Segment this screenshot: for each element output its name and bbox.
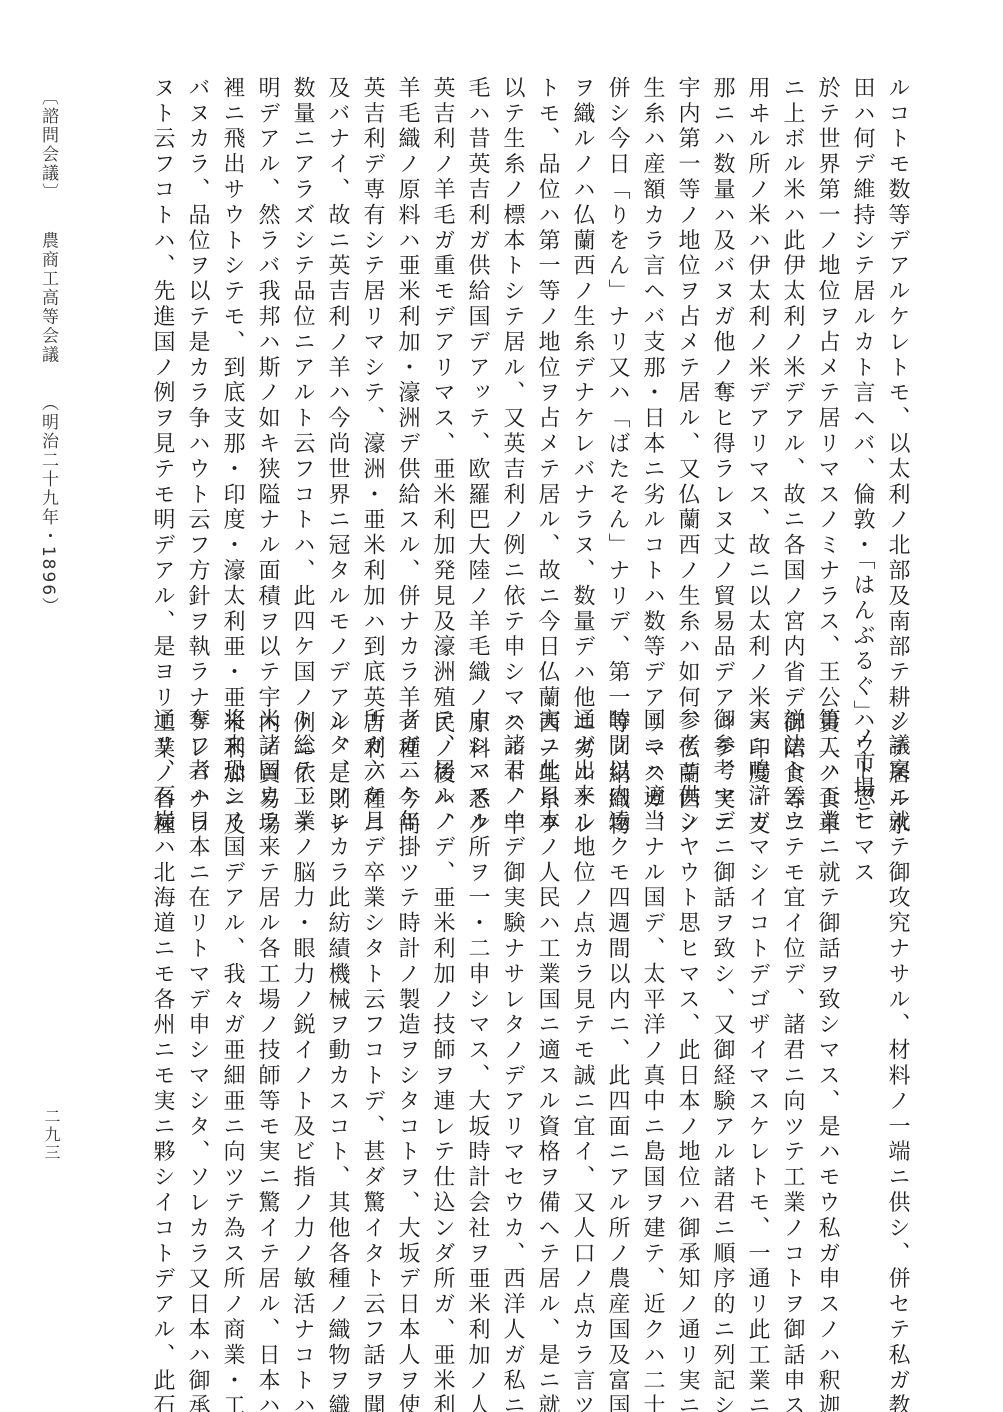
text-column: 米諸国カラ来テ居ル各工場ノ技師等モ実ニ驚イテ居ル、日本ハ実ニ (250, 708, 285, 1288)
text-column: 以テ生糸ノ標本トシテ居ル、又英吉利ノ例ニ依テ申シマスルト、羊 (495, 76, 530, 656)
text-column: 於テ世界第一ノ地位ヲ占メテ居リマスノミナラス、王公貴人ノ食卓 (810, 76, 845, 656)
text-column: トモ、品位ハ第一等ノ地位ヲ占メテ居ル、故ニ今日仏蘭西ノ生糸ヲ (530, 76, 565, 656)
header-title: 農商工高等会議 (38, 231, 58, 364)
text-column: 英吉利デ専有シテ居リマシテ、濠洲・亜米利加ハ到底英吉利ノ種ニ (355, 76, 390, 656)
text-column: 通ガ出来ル地位ノ点カラ見テモ誠ニ宜イ、又人口ノ点カラ言ツテモ (565, 708, 600, 1288)
text-column: 宇内第一等ノ地位ヲ占メテ居ル、又仏蘭西ノ生糸ハ如何、仏蘭西ノ (670, 76, 705, 656)
text-column: 那ニハ数量ハ及バヌガ他ノ奪ヒ得ラレヌ丈ノ貿易品デアッテ、実ニ (705, 76, 740, 656)
text-column: バヌカラ、品位ヲ以テ是カラ争ハウト云フ方針ヲ執ラナケレバナラ (180, 76, 215, 656)
text-column: 所ガ六ケ月デ卒業シタト云フコトデ、甚ダ驚イタト云フ話ヲ聞キマ (355, 708, 390, 1288)
text-column: 及バナイ、故ニ英吉利ノ羊ハ今尚世界ニ冠タルモノデアル、是則チ (320, 76, 355, 656)
text-column: 第二ハ工業ニ就テ御話ヲ致シマス、是ハモウ私ガ申スノハ釈迦前ノ (810, 708, 845, 1288)
body-text-lower: ノ議案ニ就テ御攻究ナサル、材料ノ一端ニ供シ、併セテ私ガ教ヲ請 ハウト思ヒマス 第… (145, 708, 915, 1288)
body-text-upper: ルコトモ数等デアルケレトモ、以太利ノ北部及南部テ耕シテ居ル水 田ハ何デ維持シテ居… (145, 76, 915, 656)
text-column: ヲ織ルノハ仏蘭西ノ生糸デナケレバナラヌ、数量デハ他ニ劣ルケレ (565, 76, 600, 656)
text-column: ト総テ工業ノ脳力・眼力ノ鋭イノト及ビ指ノ力ノ敏活ナコトハ、欧 (285, 708, 320, 1288)
text-column: 田ハ何デ維持シテ居ルカト言ヘバ、倫敦・「はんぶるぐ」ノ市場ニ (845, 76, 880, 656)
margin-header: 〔諮問会議〕 農商工高等会議 （明治二十九年・1896） (36, 88, 61, 616)
text-column: テ、居ルノデ、亜米利加ノ技師ヲ連レテ仕込ンダ所ガ、亜米利加ノ (425, 708, 460, 1288)
text-column: ニ上ボル米ハ此伊太利ノ米デアル、故ニ各国ノ宮内省デ御陪食等ニ (775, 76, 810, 656)
header-date: （明治二十九年・1896） (38, 394, 58, 616)
text-column: 実ニ此日本ノ人民ハ工業国ニ適スル資格ヲ備ヘテ居ル、是ニ就テ或 (530, 708, 565, 1288)
text-column: 御参考マデニ御話ヲ致シ、又御経験アル諸君ニ順序的ニ列記シテ御 (705, 708, 740, 1288)
text-column: 国ニハ適当ナル国デ、太平洋ノ真中ニ島国ヲ建テ、近クハ二十四 (635, 708, 670, 1288)
text-column: 毛ハ昔英吉利ガ供給国デアッテ、欧羅巴大陸ノ羊毛織ノ原料ハ悉ク (460, 76, 495, 656)
text-column: ハ諸君ノ中デ御実験ナサレタノデアリマセウカ、西洋人ガ私ニ度々 (495, 708, 530, 1288)
text-column: ハウト思ヒマス (845, 708, 880, 1288)
text-column: 英吉利ノ羊毛ガ重モデアリマス、亜米利加発見及濠洲殖民ノ後ハ、 (425, 76, 460, 656)
text-column: 将来恐シイ国デアル、我々ガ亜細亜ニ向ツテ為ス所ノ商業・工業ヲ (215, 708, 250, 1288)
text-column: 者ガ二ケ年掛ツテ時計ノ製造ヲシタコトヲ、大坂デ日本人ヲ使ツタ (390, 708, 425, 1288)
text-column: ルコトモ数等デアルケレトモ、以太利ノ北部及南部テ耕シテ居ル水 (880, 76, 915, 656)
text-column: 時間以内遠クモ四週間以内ニ、此四面ニアル所ノ農産国及富国ニ交 (600, 708, 635, 1288)
text-column: 羊毛織ノ原料ハ亜米利加・濠洲デ供給スル、併ナカラ羊ノ種ハ今尚 (390, 76, 425, 656)
text-column: 併シ今日「りをん」ナリ又ハ「ばたそん」ナリデ、第一等ノ絹織物 (600, 76, 635, 656)
text-column: シタ、ソレカラ此紡績機械ヲ動カスコト、其他各種ノ織物ヲ織ルコ (320, 708, 355, 1288)
text-column: ヌト云フコトハ、先進国ノ例ヲ見テモ明デアル、是ヨリ工業ノ各種 (145, 76, 180, 656)
text-column: 説法ト云ウテモ宜イ位デ、諸君ニ向ツテ工業ノコトヲ御話申スノハ (775, 708, 810, 1288)
text-column: 実ニ鳴滸ガマシイコトデゴザイマスケレトモ、一通リ此工業ニ就テ (740, 708, 775, 1288)
text-column: 申シマスル所ヲ一・二申シマス、大坂時計会社ヲ亜米利加ノ人ガ建 (460, 708, 495, 1288)
text-column: 数量ニアラズシテ品位ニアルト云フコトハ、此四ケ国ノ例ニ依ッテ (285, 76, 320, 656)
text-column: 裡ニ飛出サウトシテモ、到底支那・印度・濠太利亜・亜米利加ニ及 (215, 76, 250, 656)
text-column: 奪フ者ハ日本ニ在リトマデ申シマシタ、ソレカラ又日本ハ御承知ノ (180, 708, 215, 1288)
text-column: 生糸ハ産額カラ言ヘバ支那・日本ニ劣ルコトハ数等デアリマスガ、 (635, 76, 670, 656)
text-column: ノ議案ニ就テ御攻究ナサル、材料ノ一端ニ供シ、併セテ私ガ教ヲ請 (880, 708, 915, 1288)
text-column: 参考ニ供シヤウト思ヒマス、此日本ノ地位ハ御承知ノ通リ実ニ工業 (670, 708, 705, 1288)
text-column: 明デアル、然ラバ我邦ハ斯ノ如キ狭隘ナル面積ヲ以テ宇内ノ貿易場 (250, 76, 285, 656)
page-number: 二九三 (40, 1108, 63, 1162)
header-section: 〔諮問会議〕 (38, 88, 58, 202)
text-column: 通リ、石炭ハ北海道ニモ各州ニモ実ニ夥シイコトデアル、此石炭ノ (145, 708, 180, 1288)
text-column: 用ヰル所ノ米ハ伊太利ノ米デアリマス、故ニ以太利ノ米ハ印度・支 (740, 76, 775, 656)
